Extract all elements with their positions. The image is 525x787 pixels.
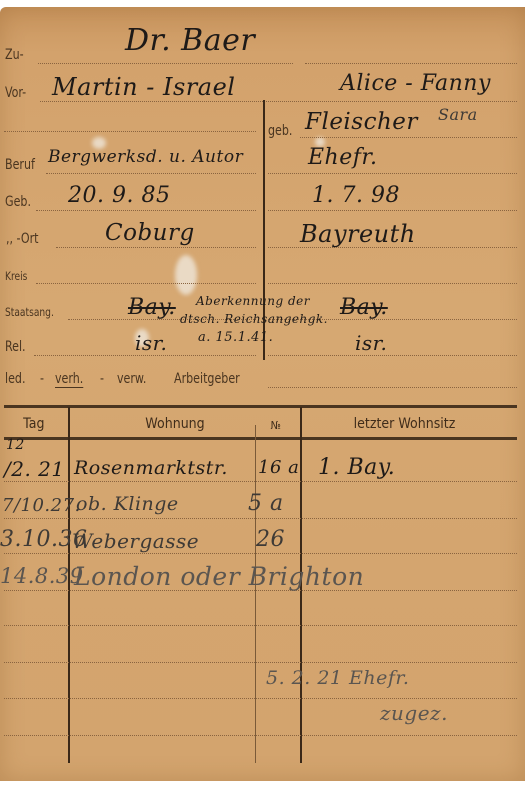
status-verwitwet: verw. [117, 371, 146, 387]
given-name-husband: Martin - Israel [52, 73, 235, 101]
occupation-label: Beruf [5, 157, 35, 173]
given-name-wife: Alice - Fanny [340, 71, 491, 96]
district-label: Kreis [5, 269, 27, 283]
paper-stain [175, 255, 197, 295]
born-name-line [300, 137, 517, 138]
birthplace-husband: Coburg [105, 220, 195, 246]
row-day: /2. 21 [4, 457, 65, 481]
given-name-wife-annotation: Sara [438, 105, 478, 124]
employer-line [268, 387, 517, 388]
birth-label: Geb. [5, 194, 31, 210]
district-line-left [36, 283, 256, 284]
occupation-line-left [46, 173, 256, 174]
birth-line-left [36, 210, 256, 211]
status-separator: - [100, 371, 104, 387]
citizenship-note-line1: Aberkennung der [196, 294, 310, 308]
surname-line [38, 63, 293, 64]
row-residence: London oder Brighton [74, 562, 364, 591]
header-day: Tag [23, 416, 44, 432]
row-day-top: 12 [6, 437, 25, 453]
header-number: № [271, 419, 281, 432]
row-number: 5 a [248, 491, 284, 516]
row-residence: ob. Klinge [76, 493, 179, 515]
born-name-label: geb. [268, 123, 292, 139]
pencil-note-line2: zugez. [380, 701, 448, 725]
row-day: 14.8.39 [0, 564, 84, 588]
table-header-rule [4, 437, 517, 440]
birth-line-right [268, 210, 517, 211]
occupation-husband: Bergwerksd. u. Autor [48, 147, 243, 167]
religion-line-left [34, 355, 256, 356]
row-last-residence: 1. Bay. [318, 455, 395, 480]
religion-wife: isr. [355, 331, 387, 355]
surname-entry: Dr. Baer [125, 23, 255, 58]
row-residence: Rosenmarktstr. [74, 457, 228, 479]
citizenship-note-line3: a. 15.1.41. [198, 330, 273, 345]
occupation-wife: Ehefr. [308, 145, 377, 170]
given-name-line [40, 101, 517, 102]
born-name-line-left [4, 131, 256, 132]
religion-line-right [268, 355, 517, 356]
row-number: 26 [256, 527, 285, 552]
status-ledig: led. [5, 371, 25, 387]
citizenship-husband: Bay. [128, 295, 176, 320]
status-verheiratet: verh. [55, 371, 83, 387]
header-last-residence: letzter Wohnsitz [354, 416, 456, 432]
header-residence: Wohnung [145, 416, 204, 432]
row-number: 16 a [258, 457, 299, 478]
citizenship-note-line2: dtsch. Reichsangehgk. [180, 312, 328, 326]
birth-husband: 20. 9. 85 [68, 183, 170, 208]
employer-label: Arbeitgeber [174, 371, 240, 387]
table-top-rule [4, 405, 517, 408]
birthplace-wife: Bayreuth [300, 220, 416, 248]
born-name-wife: Fleischer [305, 109, 418, 135]
citizenship-label: Staatsang. [5, 305, 54, 319]
religion-husband: isr. [135, 331, 167, 355]
occupation-line-right [268, 173, 517, 174]
birthplace-label: ,, -Ort [6, 231, 39, 247]
birthplace-line-left [56, 247, 256, 248]
birth-wife: 1. 7. 98 [312, 183, 400, 208]
given-name-label: Vor- [5, 85, 26, 101]
surname-line-right [305, 63, 517, 64]
pencil-note-line1: 5. 2. 21 Ehefr. [266, 667, 409, 689]
surname-label: Zu- [5, 47, 24, 63]
religion-label: Rel. [5, 339, 26, 355]
table-col-divider-thin [255, 425, 256, 763]
registration-card: Zu- Dr. Baer Vor- Martin - Israel Alice … [0, 7, 525, 781]
district-line-right [268, 283, 517, 284]
status-separator: - [40, 371, 44, 387]
citizenship-wife: Bay. [340, 295, 388, 320]
row-residence: Webergasse [72, 529, 199, 553]
row-day: 7/10.27. [2, 495, 81, 516]
